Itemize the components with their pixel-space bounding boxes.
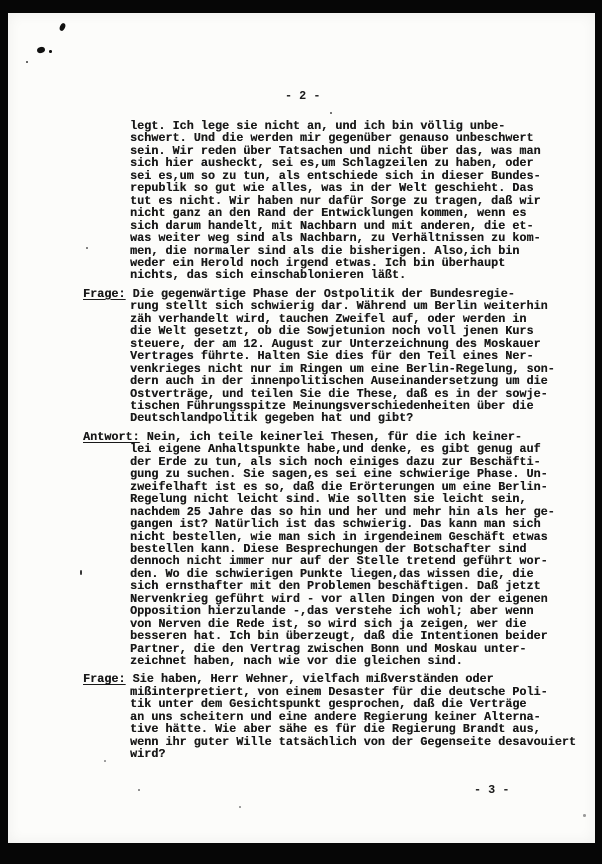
frage-label: Frage: (83, 287, 125, 301)
paragraph-frage-2: Frage: Sie haben, Herr Wehner, vielfach … (83, 673, 578, 760)
paragraph-text: Sie haben, Herr Wehner, vielfach mißvers… (125, 672, 576, 761)
paragraph-frage-1: Frage: Die gegenwärtige Phase der Ostpol… (83, 288, 578, 425)
scan-speck (583, 814, 586, 817)
scan-speck (330, 112, 332, 114)
scanner-background: { "document": { "page_number_top": "- 2 … (0, 0, 602, 864)
paragraph-text: Die gegenwärtige Phase der Ostpolitik de… (125, 287, 554, 426)
scan-speck (36, 46, 45, 54)
scan-speck (138, 789, 140, 791)
frage-label: Frage: (83, 672, 125, 686)
paragraph-text: Nein, ich teile keinerlei Thesen, für di… (130, 430, 555, 668)
scan-speck (49, 50, 52, 53)
scan-speck (239, 806, 241, 808)
paragraph-text: legt. Ich lege sie nicht an, und ich bin… (130, 119, 541, 282)
scan-speck (26, 61, 28, 63)
paragraph-antwort-1: Antwort: Nein, ich teile keinerlei These… (83, 431, 578, 668)
document-page: - 2 - legt. Ich lege sie nicht an, und i… (8, 13, 595, 843)
scan-speck (80, 570, 82, 575)
page-number-bottom: - 3 - (474, 783, 509, 797)
scan-speck (104, 760, 106, 762)
scan-speck (59, 22, 67, 31)
paragraph-continuation: legt. Ich lege sie nicht an, und ich bin… (83, 120, 578, 282)
scan-speck (86, 247, 88, 249)
page-number-top: - 2 - (285, 89, 320, 103)
document-body: legt. Ich lege sie nicht an, und ich bin… (83, 120, 578, 767)
